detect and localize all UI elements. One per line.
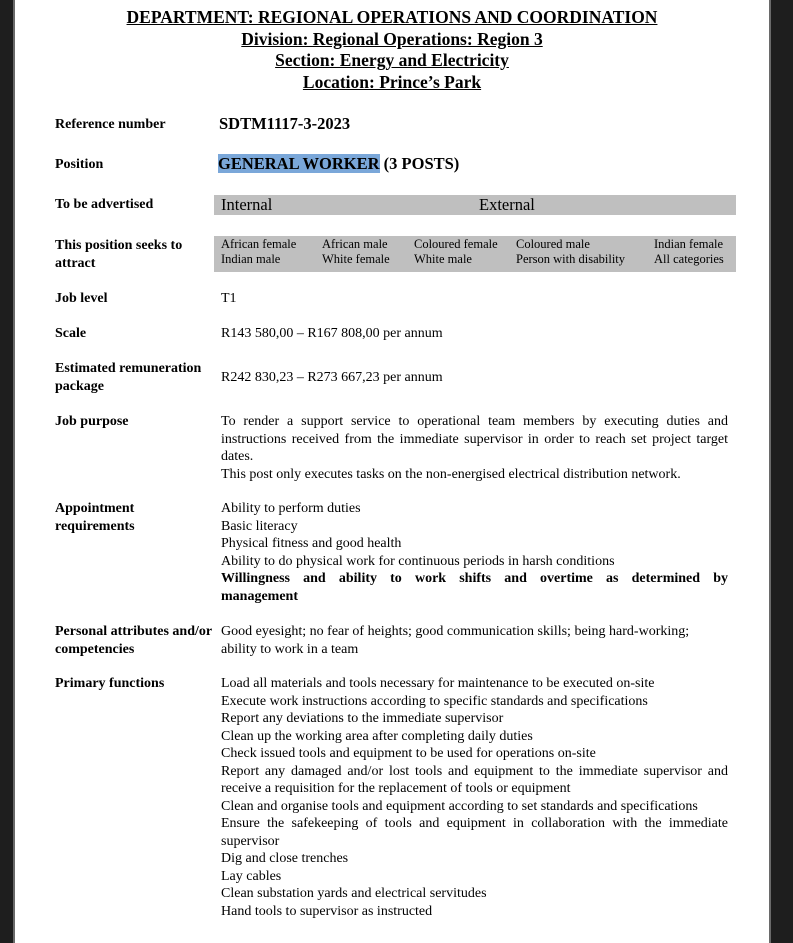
location-heading: Location: Prince’s Park — [15, 72, 769, 94]
page-right-edge — [769, 0, 771, 943]
primary-functions-list: Load all materials and tools necessary f… — [221, 675, 728, 920]
function-item: Load all materials and tools necessary f… — [221, 675, 728, 693]
attract-category: African male — [322, 237, 388, 252]
section-heading: Section: Energy and Electricity — [15, 50, 769, 72]
position-value: GENERAL WORKER (3 POSTS) — [218, 155, 725, 173]
function-item: Report any deviations to the immediate s… — [221, 710, 728, 728]
department-heading: DEPARTMENT: REGIONAL OPERATIONS AND COOR… — [15, 7, 769, 29]
attract-category: Indian female — [654, 237, 723, 252]
division-heading: Division: Regional Operations: Region 3 — [15, 29, 769, 51]
scale-value: R143 580,00 – R167 808,00 per annum — [221, 325, 728, 343]
document-viewer: DEPARTMENT: REGIONAL OPERATIONS AND COOR… — [0, 0, 793, 943]
attract-category: Coloured male — [516, 237, 590, 252]
job-purpose-label: Job purpose — [55, 413, 215, 431]
function-item: Lay cables — [221, 868, 728, 886]
position-title-selected[interactable]: GENERAL WORKER — [218, 154, 380, 173]
attract-categories: African female African male Coloured fem… — [214, 236, 736, 272]
function-item: Ensure the safekeeping of tools and equi… — [221, 815, 728, 850]
function-item: Clean up the working area after completi… — [221, 728, 728, 746]
function-item: Dig and close trenches — [221, 850, 728, 868]
document-page[interactable]: DEPARTMENT: REGIONAL OPERATIONS AND COOR… — [15, 0, 769, 943]
job-purpose-paragraph: To render a support service to operation… — [221, 413, 728, 466]
attract-category: Indian male — [221, 252, 280, 267]
appointment-item: Ability to perform duties — [221, 500, 728, 518]
position-posts: (3 POSTS) — [380, 154, 460, 173]
advertised-internal: Internal — [221, 194, 272, 216]
advertised-label: To be advertised — [55, 196, 215, 214]
function-item: Report any damaged and/or lost tools and… — [221, 763, 728, 798]
attract-category: White female — [322, 252, 390, 267]
attributes-label: Personal attributes and/or competencies — [55, 623, 215, 658]
remuneration-label: Estimated remuneration package — [55, 360, 215, 395]
appointment-item: Ability to do physical work for continuo… — [221, 553, 728, 571]
attract-label: This position seeks to attract — [55, 237, 205, 272]
advertised-external: External — [479, 194, 535, 216]
position-label: Position — [55, 156, 215, 174]
attract-category: Coloured female — [414, 237, 498, 252]
attract-category: White male — [414, 252, 472, 267]
job-purpose-value: To render a support service to operation… — [221, 413, 728, 483]
function-item: Execute work instructions according to s… — [221, 693, 728, 711]
function-item: Hand tools to supervisor as instructed — [221, 903, 728, 921]
attract-category: Person with disability — [516, 252, 625, 267]
attributes-value: Good eyesight; no fear of heights; good … — [221, 623, 728, 658]
function-item: Clean substation yards and electrical se… — [221, 885, 728, 903]
job-level-value: T1 — [221, 290, 728, 308]
appointment-item: Physical fitness and good health — [221, 535, 728, 553]
appointment-item-bold: Willingness and ability to work shifts a… — [221, 570, 728, 605]
remuneration-value: R242 830,23 – R273 667,23 per annum — [221, 369, 728, 387]
advertised-options: Internal External — [214, 195, 736, 215]
reference-value: SDTM1117-3-2023 — [219, 115, 726, 133]
function-item: Check issued tools and equipment to be u… — [221, 745, 728, 763]
function-item: Clean and organise tools and equipment a… — [221, 798, 728, 816]
reference-label: Reference number — [55, 116, 215, 134]
job-level-label: Job level — [55, 290, 215, 308]
scale-label: Scale — [55, 325, 215, 343]
appointment-label: Appointment requirements — [55, 500, 165, 535]
primary-functions-label: Primary functions — [55, 675, 215, 693]
document-header: DEPARTMENT: REGIONAL OPERATIONS AND COOR… — [15, 7, 769, 93]
appointment-item: Basic literacy — [221, 518, 728, 536]
attract-category: African female — [221, 237, 296, 252]
attract-category: All categories — [654, 252, 724, 267]
job-purpose-paragraph: This post only executes tasks on the non… — [221, 466, 728, 484]
appointment-list: Ability to perform duties Basic literacy… — [221, 500, 728, 605]
